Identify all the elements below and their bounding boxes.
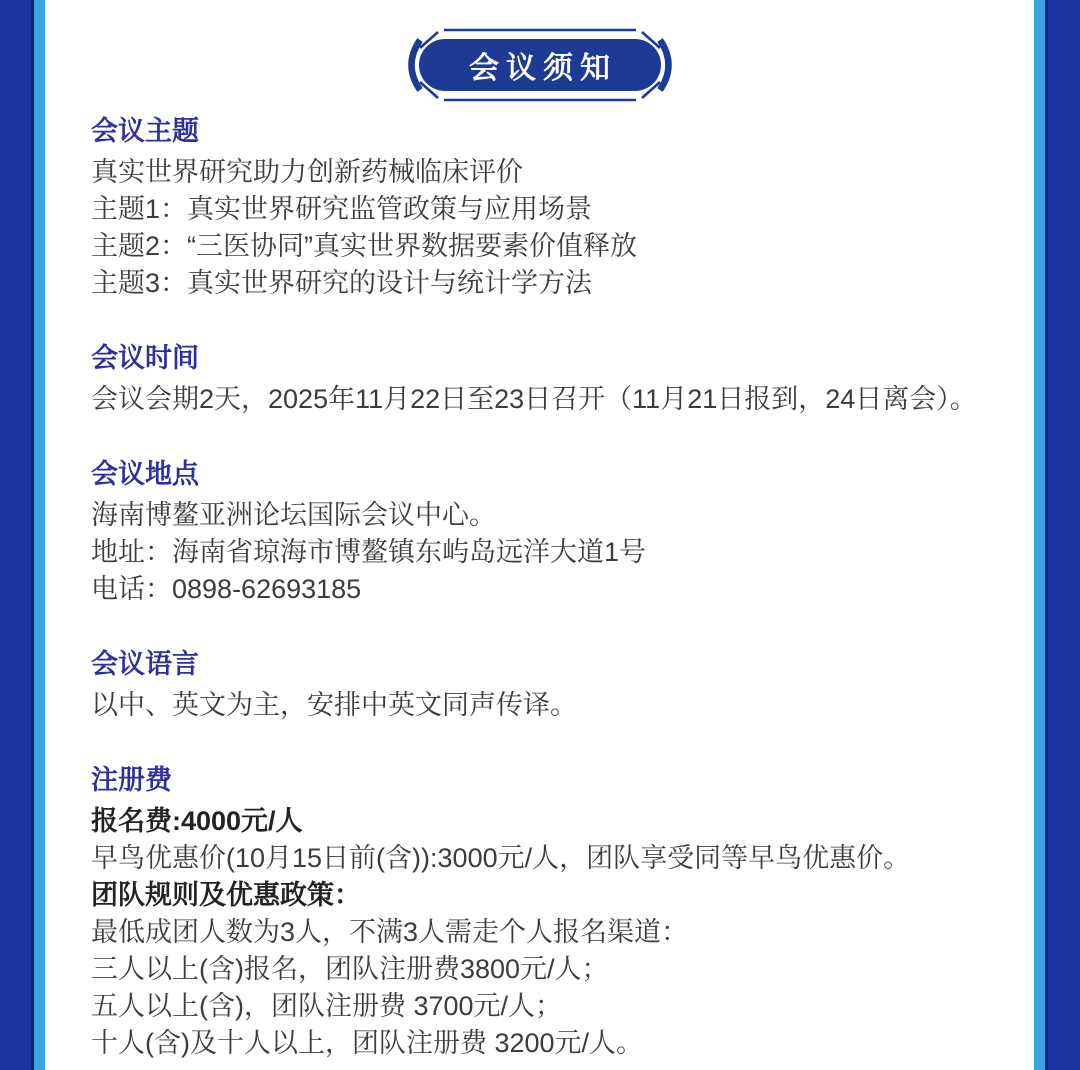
text-line-early-bird: 早鸟优惠价(10月15日前(含)):3000元/人，团队享受同等早鸟优惠价。	[91, 840, 988, 877]
text-line-group-policy-title: 团队规则及优惠政策：	[91, 877, 988, 914]
section-conference-time: 会议时间 会议会期2天，2025年11月22日至23日召开（11月21日报到，2…	[91, 340, 988, 418]
section-conference-venue: 会议地点 海南博鳌亚洲论坛国际会议中心。 地址：海南省琼海市博鳌镇东屿岛远洋大道…	[91, 456, 988, 608]
text-line: 会议会期2天，2025年11月22日至23日召开（11月21日报到，24日离会）…	[91, 381, 988, 418]
left-border-stripe	[0, 0, 45, 1070]
content-area: 会议须知 会议主题 真实世界研究助力创新药械临床评价 主题1：真实世界研究监管政…	[45, 0, 1034, 1070]
text-line: 三人以上(含)报名，团队注册费3800元/人；	[91, 951, 988, 988]
section-heading: 注册费	[91, 762, 988, 799]
text-line: 十人(含)及十人以上，团队注册费 3200元/人。	[91, 1025, 988, 1062]
text-line: 真实世界研究助力创新药械临床评价	[91, 154, 988, 191]
section-registration-fee: 注册费 报名费:4000元/人 早鸟优惠价(10月15日前(含)):3000元/…	[91, 762, 988, 1062]
conference-notice-poster: 会议须知 会议主题 真实世界研究助力创新药械临床评价 主题1：真实世界研究监管政…	[0, 0, 1080, 1070]
text-line-registration-price: 报名费:4000元/人	[91, 803, 988, 840]
text-line: 以中、英文为主，安排中英文同声传译。	[91, 687, 988, 724]
section-conference-language: 会议语言 以中、英文为主，安排中英文同声传译。	[91, 646, 988, 724]
text-line: 最低成团人数为3人，不满3人需走个人报名渠道：	[91, 914, 988, 951]
text-line: 海南博鳌亚洲论坛国际会议中心。	[91, 497, 988, 534]
section-heading: 会议语言	[91, 646, 988, 683]
right-border-stripe	[1034, 0, 1080, 1070]
text-line: 电话：0898-62693185	[91, 571, 988, 608]
text-line: 地址：海南省琼海市博鳌镇东屿岛远洋大道1号	[91, 534, 988, 571]
text-line: 主题2：“三医协同”真实世界数据要素价值释放	[91, 228, 988, 265]
text-line: 主题1：真实世界研究监管政策与应用场景	[91, 191, 988, 228]
text-line: 主题3：真实世界研究的设计与统计学方法	[91, 265, 988, 302]
text-line: 五人以上(含)，团队注册费 3700元/人；	[91, 988, 988, 1025]
title-badge: 会议须知	[406, 27, 674, 103]
section-heading: 会议主题	[91, 113, 988, 150]
section-heading: 会议时间	[91, 340, 988, 377]
section-conference-theme: 会议主题 真实世界研究助力创新药械临床评价 主题1：真实世界研究监管政策与应用场…	[91, 113, 988, 302]
section-heading: 会议地点	[91, 456, 988, 493]
badge-label: 会议须知	[406, 27, 674, 103]
